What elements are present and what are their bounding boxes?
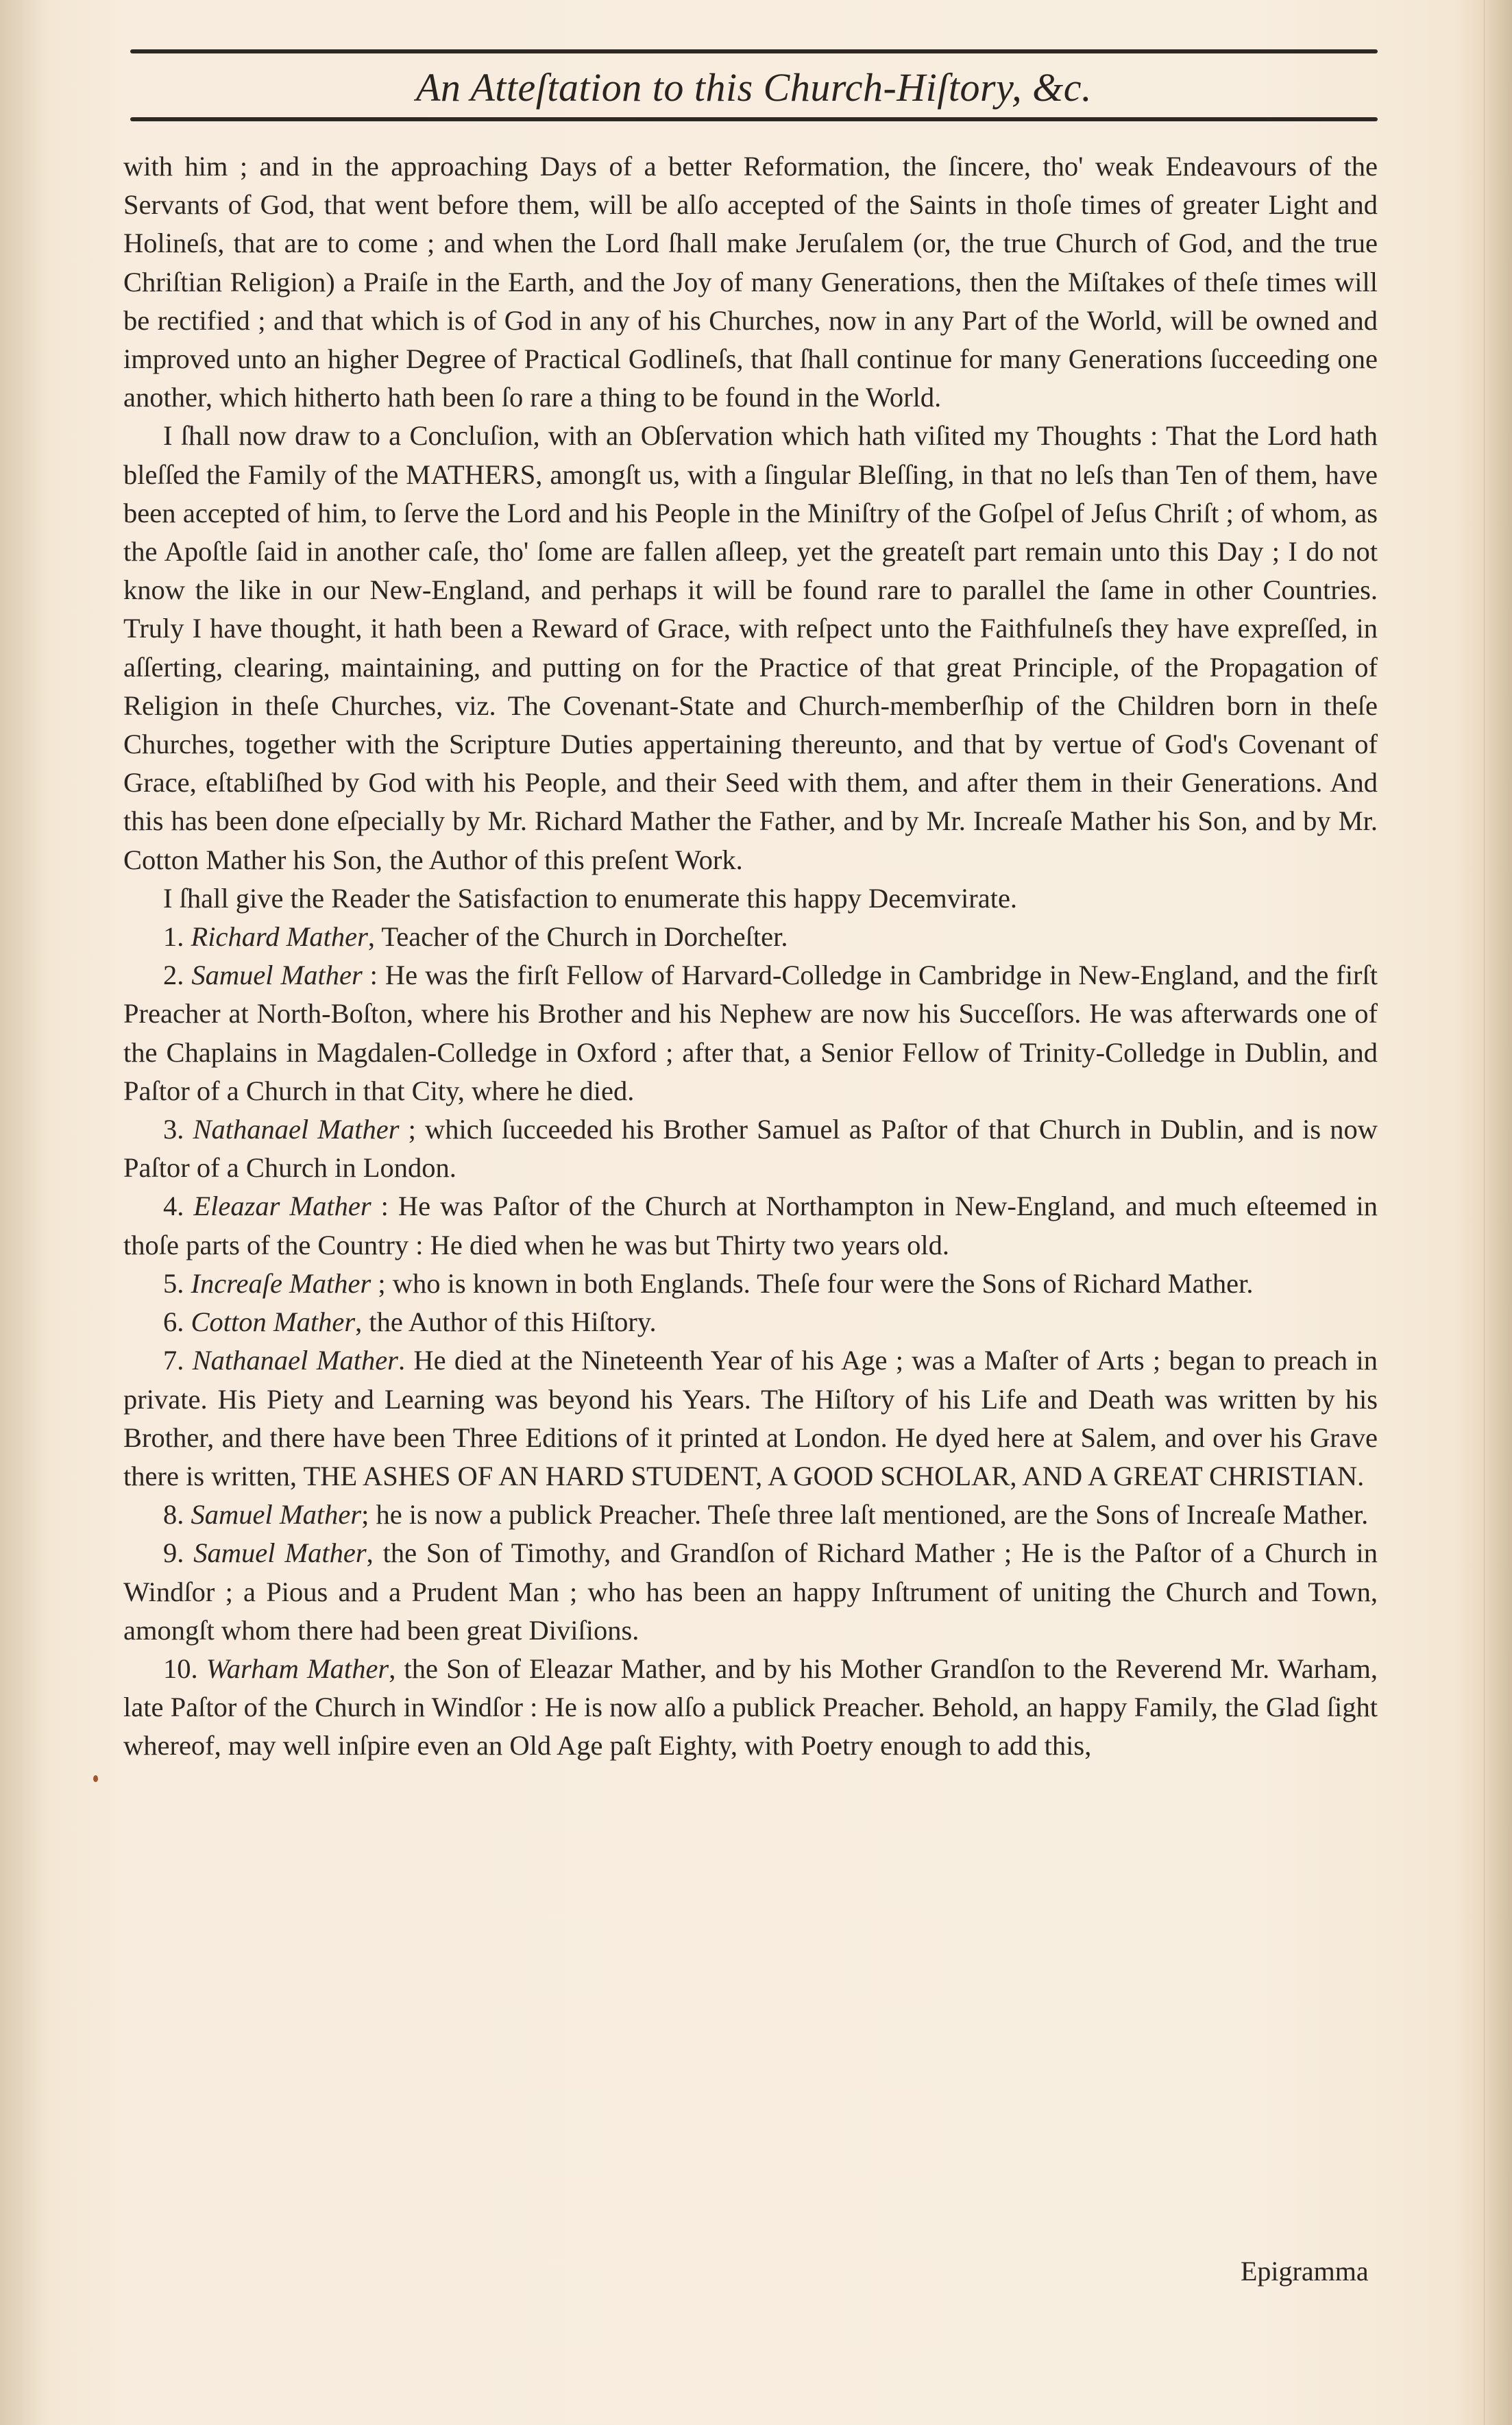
list-item: 5. Increaſe Mather ; who is known in bot…: [123, 1265, 1378, 1303]
list-item: 10. Warham Mather, the Son of Eleazar Ma…: [123, 1650, 1378, 1766]
item-name: Richard Mather: [191, 921, 368, 952]
item-text: , Teacher of the Church in Dorcheſter.: [368, 921, 788, 952]
page-edge: [1484, 0, 1512, 2425]
item-number: 8.: [163, 1499, 184, 1530]
item-name: Cotton Mather: [191, 1306, 356, 1337]
list-item: 6. Cotton Mather, the Author of this Hiſ…: [123, 1303, 1378, 1341]
item-number: 9.: [163, 1537, 184, 1568]
list-item: 2. Samuel Mather : He was the firſt Fell…: [123, 956, 1378, 1110]
item-number: 3.: [163, 1114, 184, 1145]
item-text: ; who is known in both Englands. Theſe f…: [371, 1268, 1253, 1299]
item-name: Increaſe Mather: [191, 1268, 371, 1299]
list-item: 3. Nathanael Mather ; which ſucceeded hi…: [123, 1110, 1378, 1187]
item-number: 1.: [163, 921, 184, 952]
item-number: 6.: [163, 1306, 184, 1337]
item-name: Nathanael Mather: [193, 1114, 399, 1145]
list-item: 9. Samuel Mather, the Son of Timothy, an…: [123, 1534, 1378, 1650]
item-number: 5.: [163, 1268, 184, 1299]
list-item: 4. Eleazar Mather : He was Paſtor of the…: [123, 1187, 1378, 1264]
header-rule-top: [130, 49, 1378, 53]
catchword: Epigramma: [1241, 2255, 1369, 2287]
list-item: 1. Richard Mather, Teacher of the Church…: [123, 918, 1378, 956]
item-number: 7.: [163, 1345, 184, 1376]
item-number: 2.: [163, 960, 184, 990]
list-item: 7. Nathanael Mather. He died at the Nine…: [123, 1341, 1378, 1496]
item-text: ; he is now a publick Preacher. Theſe th…: [361, 1499, 1368, 1530]
item-name: Samuel Mather: [193, 1537, 366, 1568]
scanned-book-page: An Atteſtation to this Church-Hiſtory, &…: [0, 0, 1512, 2425]
item-name: Samuel Mather: [191, 1499, 362, 1530]
body-text: with him ; and in the approaching Days o…: [123, 147, 1378, 1766]
item-name: Eleazar Mather: [193, 1191, 371, 1221]
paragraph-1: with him ; and in the approaching Days o…: [123, 147, 1378, 417]
list-item: 8. Samuel Mather; he is now a publick Pr…: [123, 1496, 1378, 1534]
item-name: Warham Mather: [206, 1653, 389, 1684]
page-gutter-shadow: [0, 0, 48, 2425]
paragraph-3: I ſhall give the Reader the Satisfaction…: [123, 879, 1378, 918]
running-head: An Atteſtation to this Church-Hiſtory, &…: [130, 60, 1378, 115]
item-name: Nathanael Mather: [193, 1345, 398, 1376]
paragraph-2: I ſhall now draw to a Concluſion, with a…: [123, 417, 1378, 879]
item-number: 10.: [163, 1653, 198, 1684]
foxing-spot: [93, 1775, 98, 1782]
header-rule-bottom: [130, 117, 1378, 121]
item-number: 4.: [163, 1191, 184, 1221]
item-name: Samuel Mather: [191, 960, 362, 990]
item-text: , the Author of this Hiſtory.: [355, 1306, 656, 1337]
